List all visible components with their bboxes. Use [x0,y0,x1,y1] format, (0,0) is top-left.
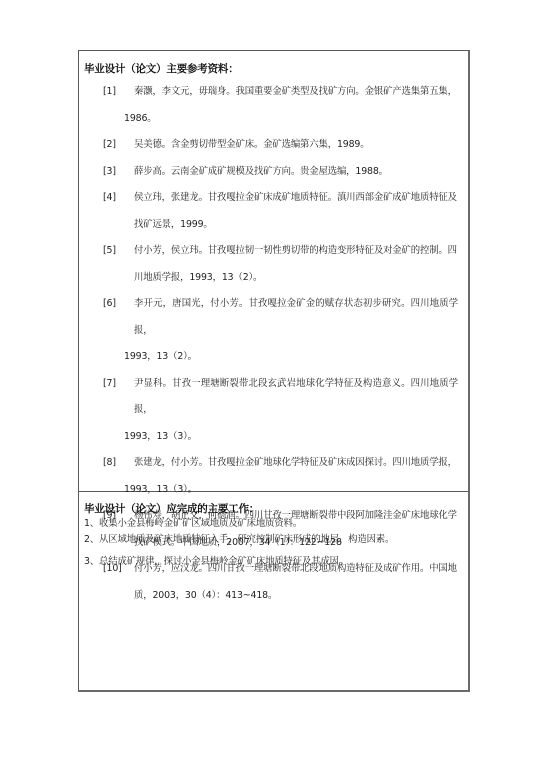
reference-line: 付小芳，侯立玮。甘孜嘎拉韧一韧性剪切带的构造变形特征及对金矿的控制。四 [134,245,457,256]
task-item: 2、从区域地质及矿床地质特征入手，研究控制矿床形成的地层、构造因素。 [84,532,394,548]
reference-text: 侯立玮，张建龙。甘孜嘎拉金矿床成矿地质特征。滇川西部金矿成矿地质特征及 找矿远景… [134,185,458,238]
reference-item: [2] 吴美德。含金剪切带型金矿床。金矿选编第六集，1989。 [79,132,468,159]
references-section: 毕业设计（论文）主要参考资料： [1] 秦灏，李文元，毋瑞身。我国重要金矿类型及… [79,51,468,492]
reference-item: [3] 薛步高。云南金矿成矿规模及找矿方向。贵金屋选编，1988。 [79,159,468,186]
reference-item: [5] 付小芳，侯立玮。甘孜嘎拉韧一韧性剪切带的构造变形特征及对金矿的控制。四 … [79,238,468,291]
reference-line: 1986。 [124,106,156,133]
reference-item: [7] 尹显科。甘孜一理塘断裂带北段玄武岩地球化学特征及构造意义。四川地质学报，… [79,371,468,451]
reference-number: [6] [103,291,116,318]
reference-line: 吴美德。含金剪切带型金矿床。金矿选编第六集，1989。 [134,139,369,150]
reference-item: [4] 侯立玮，张建龙。甘孜嘎拉金矿床成矿地质特征。滇川西部金矿成矿地质特征及 … [79,185,468,238]
reference-line: 尹显科。甘孜一理塘断裂带北段玄武岩地球化学特征及构造意义。四川地质学报， [134,378,458,416]
reference-item: [6] 李开元，唐国光，付小芳。甘孜嘎拉金矿金的赋存状态初步研究。四川地质学报，… [79,291,468,371]
reference-text: 李开元，唐国光，付小芳。甘孜嘎拉金矿金的赋存状态初步研究。四川地质学报， 199… [134,291,458,371]
reference-number: [7] [103,371,116,398]
reference-number: [8] [103,450,116,477]
reference-item: [1] 秦灏，李文元，毋瑞身。我国重要金矿类型及找矿方向。金银矿产选集第五集， … [79,79,468,132]
reference-line: 张建龙，付小芳。甘孜嘎拉金矿地球化学特征及矿床成因探讨。四川地质学报， [134,457,457,468]
reference-line: 薛步高。云南金矿成矿规模及找矿方向。贵金屋选编，1988。 [134,166,388,177]
reference-line: 秦灏，李文元，毋瑞身。我国重要金矿类型及找矿方向。金银矿产选集第五集， [134,86,457,97]
reference-number: [1] [103,79,116,106]
reference-text: 薛步高。云南金矿成矿规模及找矿方向。贵金屋选编，1988。 [134,159,458,186]
task-item: 3、总结成矿规律，探讨小金县梅岭金矿矿床地质特征及其成因。 [84,554,394,570]
task-item: 1、收集小金县梅岭金矿矿区域地质及矿床地质资料。 [84,516,394,532]
reference-number: [5] [103,238,116,265]
reference-line: 侯立玮，张建龙。甘孜嘎拉金矿床成矿地质特征。滇川西部金矿成矿地质特征及 [134,192,457,203]
reference-line: 找矿远景，1999。 [134,219,213,230]
reference-text: 吴美德。含金剪切带型金矿床。金矿选编第六集，1989。 [134,132,458,159]
reference-line: 1993，13（3）。 [124,424,197,451]
main-work-section: 毕业设计（论文）应完成的主要工作： 1、收集小金县梅岭金矿矿区域地质及矿床地质资… [79,492,468,690]
reference-text: 付小芳，侯立玮。甘孜嘎拉韧一韧性剪切带的构造变形特征及对金矿的控制。四 川地质学… [134,238,458,291]
reference-text: 尹显科。甘孜一理塘断裂带北段玄武岩地球化学特征及构造意义。四川地质学报， 199… [134,371,458,451]
thesis-form-table: 毕业设计（论文）主要参考资料： [1] 秦灏，李文元，毋瑞身。我国重要金矿类型及… [78,50,470,692]
main-work-section-title: 毕业设计（论文）应完成的主要工作： [84,501,259,516]
reference-number: [4] [103,185,116,212]
task-list: 1、收集小金县梅岭金矿矿区域地质及矿床地质资料。 2、从区域地质及矿床地质特征入… [84,516,394,570]
reference-number: [2] [103,132,116,159]
reference-text: 秦灏，李文元，毋瑞身。我国重要金矿类型及找矿方向。金银矿产选集第五集， 1986… [134,79,458,132]
reference-line: 李开元，唐国光，付小芳。甘孜嘎拉金矿金的赋存状态初步研究。四川地质学报， [134,298,458,336]
reference-line: 1993，13（2）。 [124,344,197,371]
reference-number: [3] [103,159,116,186]
reference-line: 川地质学报，1993，13（2）。 [134,272,262,283]
references-section-title: 毕业设计（论文）主要参考资料： [84,61,239,76]
